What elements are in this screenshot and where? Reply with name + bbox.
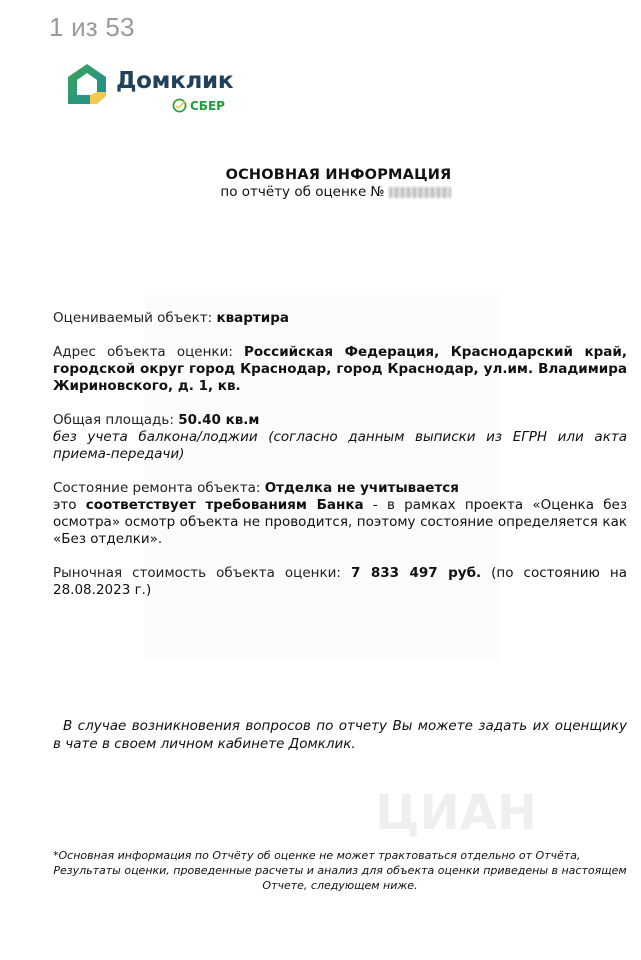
document-subtitle: по отчёту об оценке №: [0, 184, 641, 200]
watermark: ЦИАН: [375, 785, 565, 850]
footnote-line-1: *Основная информация по Отчёту об оценке…: [53, 848, 627, 863]
object-row: Оцениваемый объект: квартира: [53, 310, 627, 327]
sber-badge: СБЕР: [172, 98, 225, 113]
domclick-logo: Домклик СБЕР: [66, 62, 266, 122]
footnote: *Основная информация по Отчёту об оценке…: [53, 848, 627, 893]
bank-requirements: соответствует требованиям Банка: [86, 497, 364, 513]
address-row: Адрес объекта оценки: Российская Федерац…: [53, 344, 627, 395]
questions-note: В случае возникновения вопросов по отчет…: [53, 717, 627, 753]
page-counter: 1 из 53: [49, 12, 135, 43]
document-title: ОСНОВНАЯ ИНФОРМАЦИЯ: [0, 167, 641, 183]
document-heading: ОСНОВНАЯ ИНФОРМАЦИЯ по отчёту об оценке …: [0, 167, 641, 200]
brand-name: Домклик: [116, 68, 233, 94]
market-value-row: Рыночная стоимость объекта оценки: 7 833…: [53, 565, 627, 599]
subtitle-text: по отчёту об оценке №: [220, 184, 384, 200]
market-value: 7 833 497 руб.: [351, 565, 481, 581]
object-value: квартира: [216, 310, 289, 326]
redacted-report-number: [389, 187, 451, 198]
area-row: Общая площадь: 50.40 кв.м без учета балк…: [53, 412, 627, 463]
area-value: 50.40 кв.м: [178, 412, 259, 428]
sber-check-icon: [172, 98, 187, 113]
house-logo-icon: [66, 62, 108, 106]
sber-label: СБЕР: [190, 99, 225, 113]
details-section: Оцениваемый объект: квартира Адрес объек…: [53, 310, 627, 616]
repair-value: Отделка не учитывается: [265, 480, 459, 496]
repair-row: Состояние ремонта объекта: Отделка не уч…: [53, 480, 627, 548]
footnote-line-2: Результаты оценки, проведенные расчеты и…: [53, 863, 627, 893]
area-note: без учета балкона/лоджии (согласно данны…: [53, 429, 627, 462]
